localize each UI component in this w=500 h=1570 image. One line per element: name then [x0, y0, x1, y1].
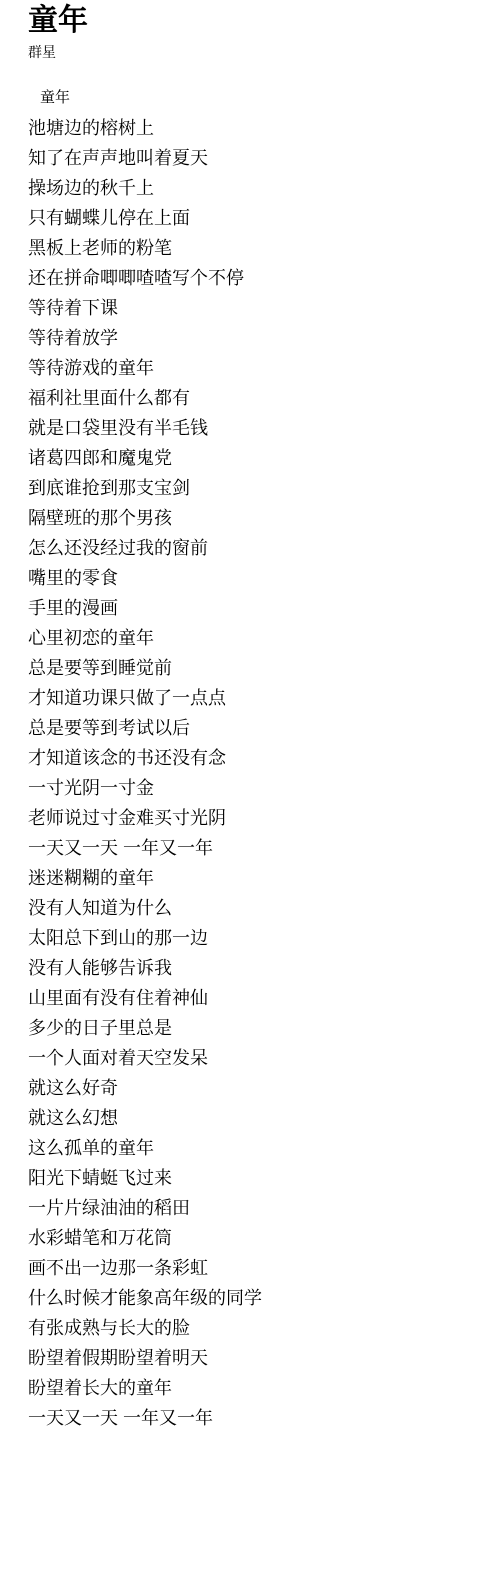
artist-name: 群星: [28, 39, 480, 62]
lyric-line: 等待着下课: [28, 293, 480, 323]
lyric-line: 嘴里的零食: [28, 563, 480, 593]
lyric-line: 迷迷糊糊的童年: [28, 863, 480, 893]
lyric-line: 才知道该念的书还没有念: [28, 743, 480, 773]
lyric-line: 心里初恋的童年: [28, 623, 480, 653]
lyric-line: 一片片绿油油的稻田: [28, 1193, 480, 1223]
lyric-line: 等待游戏的童年: [28, 353, 480, 383]
lyric-line: 总是要等到考试以后: [28, 713, 480, 743]
lyric-line: 手里的漫画: [28, 593, 480, 623]
lyric-line: 一寸光阴一寸金: [28, 773, 480, 803]
lyric-line: 就这么好奇: [28, 1073, 480, 1103]
lyric-line: 只有蝴蝶儿停在上面: [28, 203, 480, 233]
lyrics-page: 童年 群星 童年 池塘边的榕树上知了在声声地叫着夏天操场边的秋千上只有蝴蝶儿停在…: [0, 0, 500, 1570]
lyric-line: 阳光下蜻蜓飞过来: [28, 1163, 480, 1193]
lyric-line: 隔壁班的那个男孩: [28, 503, 480, 533]
lyric-lines-container: 池塘边的榕树上知了在声声地叫着夏天操场边的秋千上只有蝴蝶儿停在上面黑板上老师的粉…: [28, 113, 480, 1433]
lyric-line: 总是要等到睡觉前: [28, 653, 480, 683]
lyric-line: 操场边的秋千上: [28, 173, 480, 203]
lyric-line: 盼望着假期盼望着明天: [28, 1343, 480, 1373]
lyrics-block: 童年 池塘边的榕树上知了在声声地叫着夏天操场边的秋千上只有蝴蝶儿停在上面黑板上老…: [28, 83, 480, 1433]
lyric-line: 诸葛四郎和魔鬼党: [28, 443, 480, 473]
lyric-line: 等待着放学: [28, 323, 480, 353]
lyric-line: 老师说过寸金难买寸光阴: [28, 803, 480, 833]
lyric-line: 有张成熟与长大的脸: [28, 1313, 480, 1343]
lyric-line: 知了在声声地叫着夏天: [28, 143, 480, 173]
lyric-line: 太阳总下到山的那一边: [28, 923, 480, 953]
lyric-line: 就这么幻想: [28, 1103, 480, 1133]
lyric-line: 山里面有没有住着神仙: [28, 983, 480, 1013]
lyric-line: 一个人面对着天空发呆: [28, 1043, 480, 1073]
lyric-line: 到底谁抢到那支宝剑: [28, 473, 480, 503]
lyrics-heading: 童年: [28, 83, 480, 113]
page-title: 童年: [28, 0, 480, 39]
lyric-line: 就是口袋里没有半毛钱: [28, 413, 480, 443]
lyric-line: 什么时候才能象高年级的同学: [28, 1283, 480, 1313]
lyric-line: 盼望着长大的童年: [28, 1373, 480, 1403]
lyric-line: 画不出一边那一条彩虹: [28, 1253, 480, 1283]
lyric-line: 怎么还没经过我的窗前: [28, 533, 480, 563]
lyric-line: 池塘边的榕树上: [28, 113, 480, 143]
lyric-line: 黑板上老师的粉笔: [28, 233, 480, 263]
lyric-line: 没有人能够告诉我: [28, 953, 480, 983]
lyric-line: 水彩蜡笔和万花筒: [28, 1223, 480, 1253]
lyric-line: 还在拼命唧唧喳喳写个不停: [28, 263, 480, 293]
lyric-line: 福利社里面什么都有: [28, 383, 480, 413]
lyric-line: 才知道功课只做了一点点: [28, 683, 480, 713]
lyric-line: 没有人知道为什么: [28, 893, 480, 923]
lyric-line: 这么孤单的童年: [28, 1133, 480, 1163]
lyric-line: 一天又一天 一年又一年: [28, 1403, 480, 1433]
lyric-line: 一天又一天 一年又一年: [28, 833, 480, 863]
lyric-line: 多少的日子里总是: [28, 1013, 480, 1043]
